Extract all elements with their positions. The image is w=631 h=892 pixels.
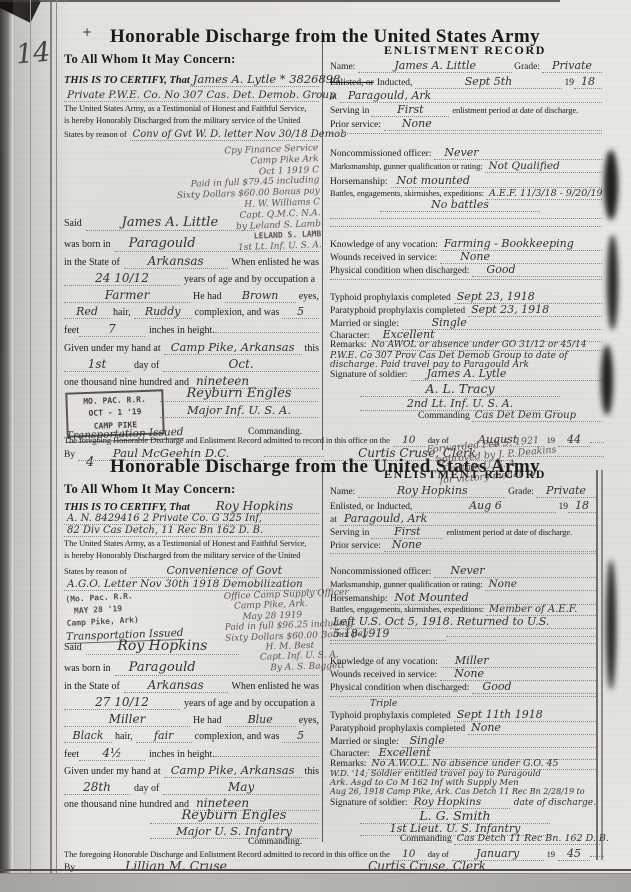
said-label: Said — [64, 642, 82, 653]
record2-said-row: Said Roy Hopkins — [64, 638, 239, 655]
battles-label: Battles, engagements, skirmishes, expedi… — [330, 188, 484, 198]
record2-remarks-4: Aug 26, 1918 Camp Pike, Ark. Cas Detch 1… — [330, 787, 585, 796]
record1-officer-signature: A. L. Tracy — [360, 381, 560, 397]
record1-commanding-value: Cas Det Dem Group — [472, 410, 602, 422]
record1-reason-row: States by reason of Conv of Gvt W. D. le… — [64, 129, 319, 141]
given-label: Given under my hand at — [64, 343, 161, 354]
prior-service-label: Prior service: — [330, 541, 381, 551]
record2-physical: Good — [472, 680, 596, 694]
record1-prior: None — [384, 117, 602, 131]
record1-hair-row: Red hair, Ruddy complexion, and was 5 — [64, 305, 319, 319]
inches-label: inches in height. — [149, 325, 215, 336]
record1-inducted-year: 18 — [574, 75, 602, 89]
when-enlisted-label: When enlisted he was — [232, 681, 319, 692]
record2-serving: First — [371, 525, 443, 539]
this-label: this — [305, 766, 319, 777]
record2-cert-name: Roy Hopkins — [190, 499, 319, 514]
enlisted-or-label: Enlisted, or — [330, 502, 374, 512]
years-occupation-label: years of age and by occupation a — [184, 274, 315, 285]
dotted-line — [590, 856, 604, 857]
record1-height-ft: 5 — [282, 305, 319, 319]
record2-occupation-row: Miller He had Blue eyes, — [64, 712, 319, 727]
record2-testimonial-2: is hereby Honorably Discharged from the … — [64, 550, 300, 560]
record1-testimonial-1: The United States Army, as a Testimonial… — [64, 103, 306, 113]
grade-label: Grade: — [508, 487, 534, 497]
blank-form-line — [330, 279, 602, 280]
at-label: at — [330, 515, 337, 525]
record1-remarks-1: No AWOL or absence under GO 31/12 or 45/… — [368, 340, 602, 351]
record1-soldier-signature: James A. Lytle — [411, 367, 602, 381]
name-label: Name: — [330, 62, 355, 72]
record1-remarks-row: Remarks: No AWOL or absence under GO 31/… — [330, 340, 602, 351]
record2-vocation-row: Knowledge of any vocation: Miller — [330, 654, 596, 668]
record2-given-row: Given under my hand at Camp Pike, Arkans… — [64, 763, 319, 778]
foregoing-label: The foregoing Honorable Discharge and En… — [64, 435, 390, 445]
record1-testimonial-2: is hereby Honorably Discharged from the … — [64, 115, 300, 125]
record2-born-row: was born in Paragould — [64, 660, 319, 676]
record2-age: 27 10/12 — [64, 695, 180, 710]
record1-commanding-row: Commanding Cas Det Dem Group — [418, 410, 602, 422]
record1-given-row: Given under my hand at Camp Pike, Arkans… — [64, 340, 319, 355]
typhoid-label: Typhoid prophylaxis completed — [330, 711, 451, 721]
record1-serving: First — [371, 103, 449, 117]
record1-age: 24 10/12 — [64, 271, 180, 286]
record2-vocation: Miller — [441, 654, 596, 668]
fold-line-3 — [56, 0, 57, 892]
record1-inducted-date: Sept 5th — [415, 75, 561, 89]
enlisted-or-label: Enlisted, or — [330, 78, 374, 88]
record1-complexion: Ruddy — [134, 305, 192, 319]
record2-commanding-row: Commanding Cas Detch 11 Rec Bn. 162 D. B… — [400, 833, 600, 845]
record1-vocation-row: Knowledge of any vocation: Farming - Boo… — [330, 237, 602, 251]
blank-form-line — [330, 133, 602, 134]
fold-line-2 — [50, 0, 52, 892]
noncom-label: Noncommissioned officer: — [330, 567, 431, 577]
enlistment-period-label: enlistment period at date of discharge. — [452, 105, 578, 115]
record1-name-row: Name: James A. Little Grade: Private — [330, 59, 602, 73]
page-number: 14 — [15, 37, 52, 71]
record1-physical: Good — [472, 263, 602, 277]
record2-given-day: 28th — [64, 780, 130, 795]
by-label: By — [64, 450, 75, 460]
given-label: Given under my hand at — [64, 766, 161, 777]
battles-label: Battles, engagements, skirmishes, expedi… — [330, 604, 484, 614]
record2-typhoid-row: Typhoid prophylaxis completed Sept 11th … — [330, 708, 596, 722]
record1-physical-row: Physical condition when discharged: Good — [330, 263, 602, 277]
record2-remarks-5: date of discharge. — [514, 798, 596, 808]
record1-paratyphoid-row: Paratyphoid prophylaxis completed Sept 2… — [330, 303, 602, 317]
record2-unit-row-1: A. N. 8429416 2 Private Co. G 325 Inf, — [64, 513, 319, 525]
record2-given-month: May — [163, 780, 319, 795]
record1-certify-row: THIS IS TO CERTIFY, That James A. Lytle … — [64, 72, 319, 87]
record2-age-row: 27 10/12 years of age and by occupation … — [64, 695, 319, 710]
record1-unit-line: Private P.W.E. Co. No 307 Cas. Det. Demo… — [64, 89, 319, 102]
inducted-label: Inducted, — [377, 502, 413, 512]
record1-born-row: was born in Paragould — [64, 236, 319, 252]
serving-in-label: Serving in — [330, 106, 369, 116]
record2-unit-row-2: 82 Div Cas Detch, 11 Rec Bn 162 D. B. — [64, 525, 319, 537]
hair-label: hair, — [113, 307, 131, 318]
record2-horsemanship-row: Horsemanship: Not Mounted — [330, 591, 596, 605]
record2-eyes: Blue — [225, 713, 296, 727]
record1-inducted-row: Enlisted, or Inducted, Sept 5th 19 18 — [330, 75, 602, 89]
record2-day-row: 28th day of May — [64, 780, 319, 795]
record1-signer-rank: Major Inf. U. S. A. — [160, 403, 318, 418]
record1-state-row: in the State of Arkansas When enlisted h… — [64, 254, 319, 269]
record2-battles-row-3: 5-18-1919 — [330, 627, 596, 641]
blank-form-line — [330, 218, 602, 219]
record2-occupation: Miller — [64, 712, 190, 727]
commanding-label: Commanding — [418, 411, 470, 421]
record1-enlistment-record-title: ENLISTMENT RECORD — [330, 43, 600, 58]
noncom-label: Noncommissioned officer: — [330, 149, 431, 159]
fold-shadow-band — [13, 0, 68, 892]
certify-label: THIS IS TO CERTIFY, That — [64, 75, 190, 86]
record1-battles-2: No battles — [380, 198, 540, 212]
complexion-label: complexion, and was — [195, 307, 280, 318]
record2-horsemanship: Not Mounted — [391, 591, 596, 605]
record2-enlistment-record-title: ENLISTMENT RECORD — [330, 467, 600, 482]
scan-edge-left — [0, 0, 13, 892]
gutter-line-2 — [601, 470, 603, 860]
record2-by-name: Lillian M. Cruse — [78, 858, 274, 874]
stamp-line: Camp Pike, Ark) — [66, 614, 139, 630]
record2-cert-line2: A. N. 8429416 2 Private Co. G 325 Inf, — [64, 513, 319, 525]
record2-wounds: None — [440, 667, 596, 681]
at-label: at — [330, 92, 337, 102]
record2-by-row: By Lillian M. Cruse Curtis Cruse, Clerk — [64, 858, 604, 874]
record2-salutation: To All Whom It May Concern: — [64, 482, 236, 497]
record1-said-name: James A. Little — [86, 215, 254, 231]
record1-horsemanship-row: Horsemanship: Not mounted — [330, 174, 602, 188]
record2-state-row: in the State of Arkansas When enlisted h… — [64, 678, 319, 693]
signature-label: Signature of soldier: — [330, 370, 408, 380]
dotted-line — [215, 756, 319, 757]
record2-reason-row: States by reason of Convenience of Govt — [64, 564, 319, 578]
feet-label: feet — [64, 749, 79, 760]
name-label: Name: — [330, 487, 355, 497]
blank-form-line — [330, 553, 596, 554]
gutter-blob-1 — [604, 150, 618, 220]
record2-signer-signature: Reyburn Engles — [150, 808, 318, 824]
dotted-line — [446, 636, 596, 637]
scan-corner-wedge — [0, 0, 41, 23]
said-label: Said — [64, 218, 82, 229]
record2-enl-name: Roy Hopkins — [358, 484, 506, 498]
record1-wounds-row: Wounds received in service: None — [330, 250, 602, 264]
inducted-label: Inducted, — [377, 78, 413, 88]
record2-inducted-year: 18 — [568, 499, 596, 513]
when-enlisted-label: When enlisted he was — [232, 257, 319, 268]
record2-marksmanship-row: Marksmanship, gunner qualification or ra… — [330, 578, 596, 591]
record2-cert-line3: 82 Div Cas Detch, 11 Rec Bn 162 D. B. — [64, 525, 319, 537]
years-occupation-label: years of age and by occupation a — [184, 698, 315, 709]
eyes-label: eyes, — [299, 291, 319, 302]
this-label: this — [305, 343, 319, 354]
he-had-label: He had — [193, 715, 222, 726]
record1-at-place: Paragould, Ark — [340, 89, 602, 103]
record1-typhoid-row: Typhoid prophylaxis completed Sept 23, 1… — [330, 290, 602, 304]
record1-marksmanship-row: Marksmanship, gunner qualification or ra… — [330, 160, 602, 173]
paratyphoid-label: Paratyphoid prophylaxis completed — [330, 306, 465, 316]
record2-inducted-date: Aug 6 — [415, 499, 555, 513]
signature-label: Signature of soldier: — [330, 798, 408, 808]
record1-eyes: Brown — [225, 289, 296, 303]
record1-signer-signature: Reyburn Engles — [160, 386, 318, 402]
record2-battles-3: 5-18-1919 — [330, 627, 446, 641]
record2-reason-value: Convenience of Govt — [130, 564, 319, 578]
born-label: was born in — [64, 239, 111, 250]
record2-marksmanship: None — [485, 578, 596, 591]
gutter-blob-2 — [607, 235, 618, 330]
record1-day-row: 1st day of Oct. — [64, 357, 319, 372]
record2-railroad-stamp: (Mo. Pac. R.R. MAY 28 '19 Camp Pike, Ark… — [65, 590, 139, 630]
record2-testimonial-1: The United States Army, as a Testimonial… — [64, 538, 306, 548]
record2-height-ft: 5 — [282, 729, 319, 743]
scan-top-line — [0, 0, 560, 2]
horsemanship-label: Horsemanship: — [330, 594, 388, 604]
feet-label: feet — [64, 325, 79, 336]
enlistment-period-label: enlistment period at date of discharge. — [446, 527, 572, 537]
record1-prior-row: Prior service: None — [330, 117, 602, 131]
record2-feet-row: feet 4½ inches in height. — [64, 746, 319, 761]
dotted-line — [274, 869, 334, 870]
remarks-label: Remarks: — [330, 759, 366, 769]
record1-said-row: Said James A. Little — [64, 215, 254, 231]
record2-prior-row: Prior service: None — [330, 538, 596, 552]
record1-noncom: Never — [434, 146, 602, 160]
reason-label: States by reason of — [64, 566, 127, 576]
dotted-line — [215, 332, 319, 333]
record2-paratyphoid-row: Paratyphoid prophylaxis completed None — [330, 721, 596, 735]
record2-wounds-row: Wounds received in service: None — [330, 667, 596, 681]
vocation-label: Knowledge of any vocation: — [330, 657, 438, 667]
physical-label: Physical condition when discharged: — [330, 683, 469, 693]
certify-label: THIS IS TO CERTIFY, That — [64, 502, 190, 513]
born-label: was born in — [64, 663, 111, 674]
blank-form-line — [330, 226, 602, 227]
record1-signature-row: Signature of soldier: James A. Lytle — [330, 367, 602, 381]
record1-born-place: Paragould — [115, 236, 319, 252]
record2-noncom: Never — [434, 564, 596, 578]
record2-physical-row: Physical condition when discharged: Good — [330, 680, 596, 694]
bottom-watermark: CEH*FRM — [90, 875, 155, 887]
nineteen-label: 19 — [559, 502, 569, 512]
prior-service-label: Prior service: — [330, 120, 381, 130]
record1-paratyphoid: Sept 23, 1918 — [468, 303, 602, 317]
day-of-label: day of — [134, 783, 159, 794]
record1-state: Arkansas — [124, 254, 228, 269]
record1-occupation: Farmer — [64, 288, 190, 303]
record1-at-row: at Paragould, Ark — [330, 89, 602, 103]
record2-commanding-value: Cas Detch 11 Rec Bn. 162 D. B. — [454, 833, 600, 845]
record1-occupation-row: Farmer He had Brown eyes, — [64, 288, 319, 303]
record2-complexion: fair — [136, 729, 192, 743]
record2-said-name: Roy Hopkins — [86, 638, 239, 655]
record2-at-row: at Paragould, Ark — [330, 512, 596, 526]
record2-at-place: Paragould, Ark — [340, 512, 596, 526]
record1-age-row: 24 10/12 years of age and by occupation … — [64, 271, 319, 286]
record2-serving-row: Serving in First enlistment period at da… — [330, 525, 596, 539]
record2-hair: Black — [64, 729, 112, 743]
record1-typhoid: Sept 23, 1918 — [454, 290, 602, 304]
blank-form-line — [330, 696, 596, 697]
record2-prior: None — [384, 538, 596, 552]
record2-height-in: 4½ — [79, 746, 145, 761]
record1-noncom-row: Noncommissioned officer: Never — [330, 146, 602, 160]
state-label: in the State of — [64, 681, 120, 692]
record2-typhoid: Sept 11th 1918 — [454, 708, 596, 722]
record1-salutation: To All Whom It May Concern: — [64, 52, 236, 67]
marksmanship-label: Marksmanship, gunner qualification or ra… — [330, 579, 482, 589]
record2-clerk-name: Curtis Cruse, Clerk — [334, 859, 520, 874]
typhoid-label: Typhoid prophylaxis completed — [330, 293, 451, 303]
record1-enl-grade: Private — [542, 59, 602, 73]
dotted-line — [520, 869, 604, 870]
record1-height-in: 7 — [79, 322, 145, 337]
record1-hair: Red — [64, 305, 110, 319]
remarks-label: Remarks: — [330, 340, 366, 350]
record1-reason-value: Conv of Gvt W. D. letter Nov 30/18 Demob — [130, 129, 319, 141]
record2-state: Arkansas — [124, 678, 228, 693]
nineteen-label: 19 — [565, 78, 575, 88]
he-had-label: He had — [193, 291, 222, 302]
record1-officer-rank: 2nd Lt. Inf. U. S. A. — [360, 397, 560, 411]
physical-label: Physical condition when discharged: — [330, 266, 469, 276]
record2-inducted-row: Enlisted, or Inducted, Aug 6 19 18 — [330, 499, 596, 513]
record2-given-place: Camp Pike, Arkansas — [164, 763, 302, 778]
serving-in-label: Serving in — [330, 528, 369, 538]
record1-given-month: Oct. — [163, 357, 319, 372]
record2-name-row: Name: Roy Hopkins Grade: Private — [330, 484, 596, 498]
gutter-blob-3 — [601, 345, 613, 415]
day-of-label: day of — [134, 360, 159, 371]
by-label: By — [64, 863, 75, 873]
paratyphoid-label: Paratyphoid prophylaxis completed — [330, 724, 465, 734]
record1-vocation: Farming - Bookkeeping — [441, 237, 602, 251]
record2-born-place: Paragould — [115, 660, 319, 676]
record2-commanding-label: Commanding. — [248, 837, 302, 847]
commanding-label: Commanding — [400, 834, 452, 844]
fold-line-1 — [30, 0, 31, 892]
record2-enl-grade: Private — [536, 484, 596, 498]
vocation-label: Knowledge of any vocation: — [330, 240, 438, 250]
inches-label: inches in height. — [149, 749, 215, 760]
record2-paratyphoid: None — [468, 721, 596, 735]
record1-unit-row: Private P.W.E. Co. No 307 Cas. Det. Demo… — [64, 89, 319, 102]
eyes-label: eyes, — [299, 715, 319, 726]
gutter-line-1 — [596, 470, 598, 860]
record2-noncom-row: Noncommissioned officer: Never — [330, 564, 596, 578]
record1-marksmanship: Not Qualified — [485, 160, 602, 173]
record1-given-day: 1st — [64, 357, 130, 372]
marksmanship-label: Marksmanship, gunner qualification or ra… — [330, 161, 482, 171]
record1-wounds: None — [440, 250, 602, 264]
complexion-label: complexion, and was — [195, 731, 280, 742]
wounds-label: Wounds received in service: — [330, 253, 437, 263]
record1-horsemanship: Not mounted — [391, 174, 602, 188]
record1-given-place: Camp Pike, Arkansas — [164, 340, 302, 355]
reason-label: States by reason of — [64, 129, 127, 139]
wounds-label: Wounds received in service: — [330, 670, 437, 680]
state-label: in the State of — [64, 257, 120, 268]
blank-form-line — [330, 643, 596, 644]
horsemanship-label: Horsemanship: — [330, 177, 388, 187]
record1-serving-row: Serving in First enlistment period at da… — [330, 103, 602, 117]
record1-enl-name: James A. Little — [358, 59, 512, 73]
record1-cert-name: James A. Lytle * 3826898 — [190, 72, 319, 87]
gutter-blob-4 — [606, 560, 616, 690]
hair-label: hair, — [115, 731, 133, 742]
record2-hair-row: Black hair, fair complexion, and was 5 — [64, 729, 319, 743]
record1-feet-row: feet 7 inches in height. — [64, 322, 319, 337]
scanned-document-page: 14 + 4 CEH*FRM Honorable Discharge from … — [0, 0, 631, 892]
grade-label: Grade: — [514, 62, 540, 72]
record2-certify-row: THIS IS TO CERTIFY, That Roy Hopkins — [64, 499, 319, 514]
